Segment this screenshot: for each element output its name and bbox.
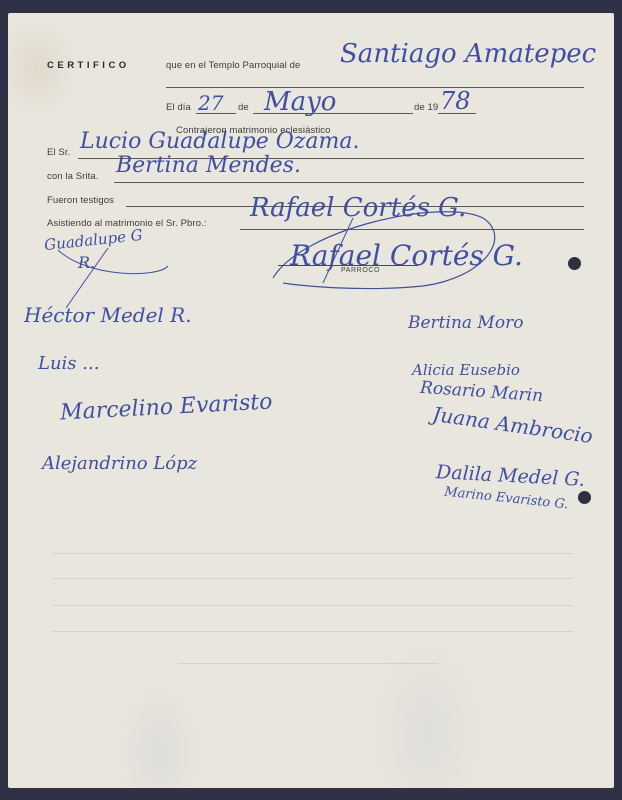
signature-left-4: Luis ... (38, 353, 99, 374)
punch-hole-lower (578, 491, 591, 504)
parroco-signature: Rafael Cortés G. (290, 239, 523, 272)
temple-rule (166, 87, 584, 88)
parroco-label: PARROCO (341, 267, 380, 274)
signature-left-1-flourish (48, 238, 208, 308)
signature-right-1: Bertina Moro (408, 313, 523, 333)
bleed-through-line (53, 631, 573, 632)
day-handwritten: 27 (198, 91, 223, 115)
year-handwritten: 78 (440, 87, 471, 115)
certifico-heading: CERTIFICO (47, 60, 130, 71)
bleed-through-line (53, 605, 573, 606)
month-de-label: de (238, 102, 249, 113)
groom-label: El Sr. (47, 147, 70, 158)
signature-left-5: Marcelino Evaristo (59, 389, 273, 425)
day-label: El día (166, 102, 191, 113)
bride-rule (114, 182, 584, 183)
parroco-rule (278, 265, 418, 266)
bleed-through-line (53, 578, 573, 579)
bride-handwritten: Bertina Mendes. (116, 153, 301, 178)
year-label: de 19 (414, 102, 438, 113)
signature-left-6: Alejandrino Lópz (42, 453, 197, 474)
temple-label: que en el Templo Parroquial de (166, 60, 300, 71)
signature-right-4: Juana Ambrocio (431, 402, 594, 448)
day-rule (196, 113, 236, 114)
bleed-through-line (53, 553, 573, 554)
certificate-paper: CERTIFICO que en el Templo Parroquial de… (8, 13, 614, 788)
punch-hole-upper (568, 257, 581, 270)
groom-handwritten: Lucio Guadalupe Ozama. (80, 129, 359, 154)
temple-handwritten: Santiago Amatepec (340, 39, 596, 69)
bleed-through-line (178, 663, 438, 664)
signature-right-2: Alicia Eusebio (412, 361, 520, 379)
bride-label: con la Srita. (47, 171, 98, 182)
witnesses-label: Fueron testigos (47, 195, 114, 206)
year-rule (438, 113, 476, 114)
month-rule (253, 113, 413, 114)
signature-left-3: Héctor Medel R. (24, 303, 192, 327)
